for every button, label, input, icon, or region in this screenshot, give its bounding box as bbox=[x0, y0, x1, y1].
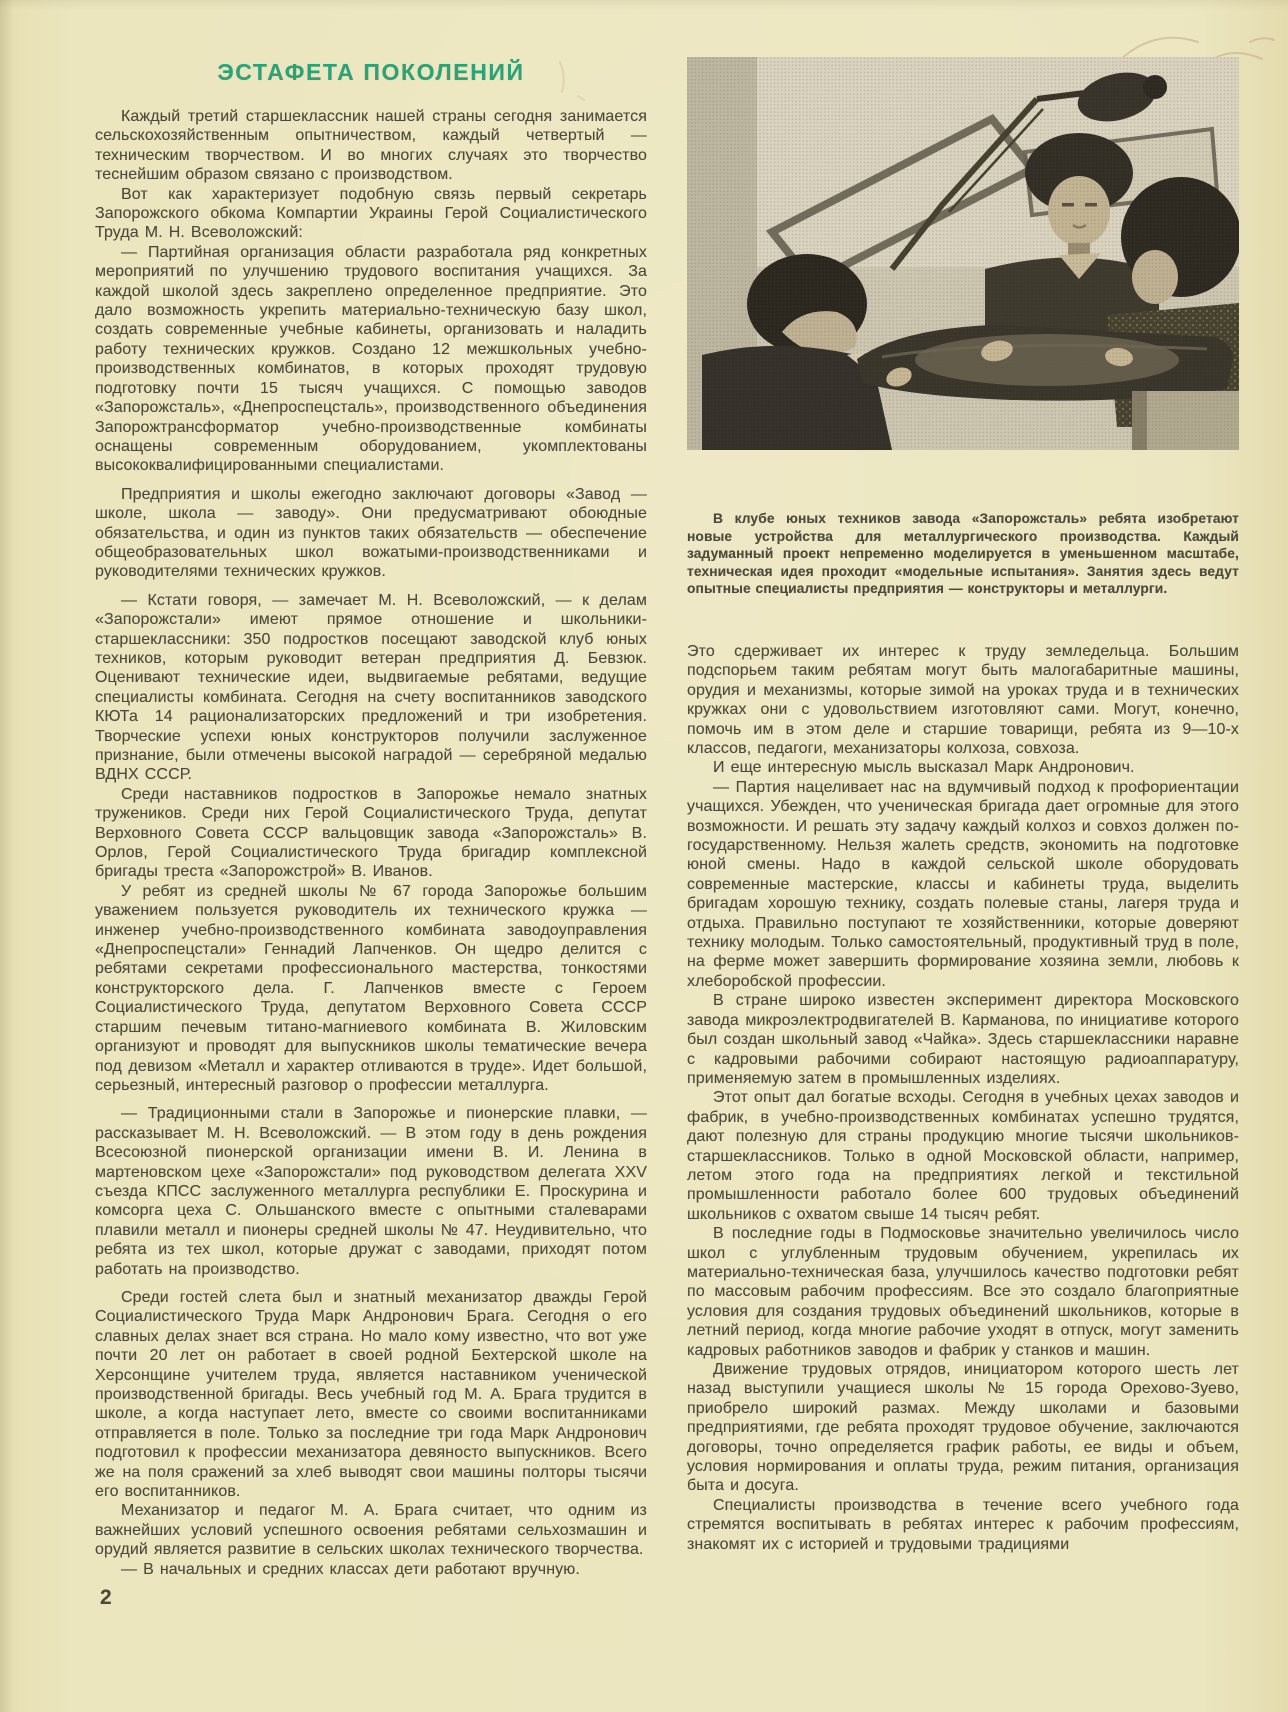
article-paragraph: — В начальных и средних классах дети раб… bbox=[95, 1560, 647, 1579]
right-column: В клубе юных техников завода «Запорожста… bbox=[687, 57, 1239, 1554]
article-paragraph: У ребят из средней школы № 67 города Зап… bbox=[95, 882, 647, 1095]
article-paragraph: Этот опыт дал богатые всходы. Сегодня в … bbox=[687, 1088, 1239, 1224]
article-paragraph: Вот как характеризует подобную связь пер… bbox=[95, 185, 647, 243]
article-paragraph: — Партийная организация области разработ… bbox=[95, 243, 647, 476]
article-paragraph: Движение трудовых отрядов, инициатором к… bbox=[687, 1360, 1239, 1496]
article-paragraph: В последние годы в Подмосковье значитель… bbox=[687, 1224, 1239, 1360]
article-paragraph: Среди наставников подростков в Запорожье… bbox=[95, 785, 647, 882]
page-number: 2 bbox=[100, 1586, 112, 1610]
article-paragraph: Механизатор и педагог М. А. Брага считае… bbox=[95, 1501, 647, 1559]
article-paragraph: Каждый третий старшеклассник нашей стран… bbox=[95, 107, 647, 185]
article-paragraph: И еще интересную мысль высказал Марк Анд… bbox=[687, 758, 1239, 777]
article-paragraph: — Партия нацеливает нас на вдумчивый под… bbox=[687, 778, 1239, 991]
article-title: ЭСТАФЕТА ПОКОЛЕНИЙ bbox=[95, 59, 647, 86]
article-paragraph: — Традиционными стали в Запорожье и пион… bbox=[95, 1104, 647, 1279]
photo-caption: В клубе юных техников завода «Запорожста… bbox=[687, 510, 1239, 598]
article-paragraph: Среди гостей слета был и знатный механиз… bbox=[95, 1288, 647, 1501]
left-column: ЭСТАФЕТА ПОКОЛЕНИЙ Каждый третий старшек… bbox=[95, 57, 647, 1579]
photo-young-technicians bbox=[687, 57, 1239, 450]
article-paragraph: Предприятия и школы ежегодно заключают д… bbox=[95, 485, 647, 582]
article-paragraph: В стране широко известен эксперимент дир… bbox=[687, 991, 1239, 1088]
magazine-page: ЭСТАФЕТА ПОКОЛЕНИЙ Каждый третий старшек… bbox=[0, 0, 1288, 1712]
article-paragraph: Специалисты производства в течение всего… bbox=[687, 1496, 1239, 1554]
article-paragraph: — Кстати говоря, — замечает М. Н. Всевол… bbox=[95, 591, 647, 785]
article-paragraph: Это сдерживает их интерес к труду землед… bbox=[687, 642, 1239, 758]
